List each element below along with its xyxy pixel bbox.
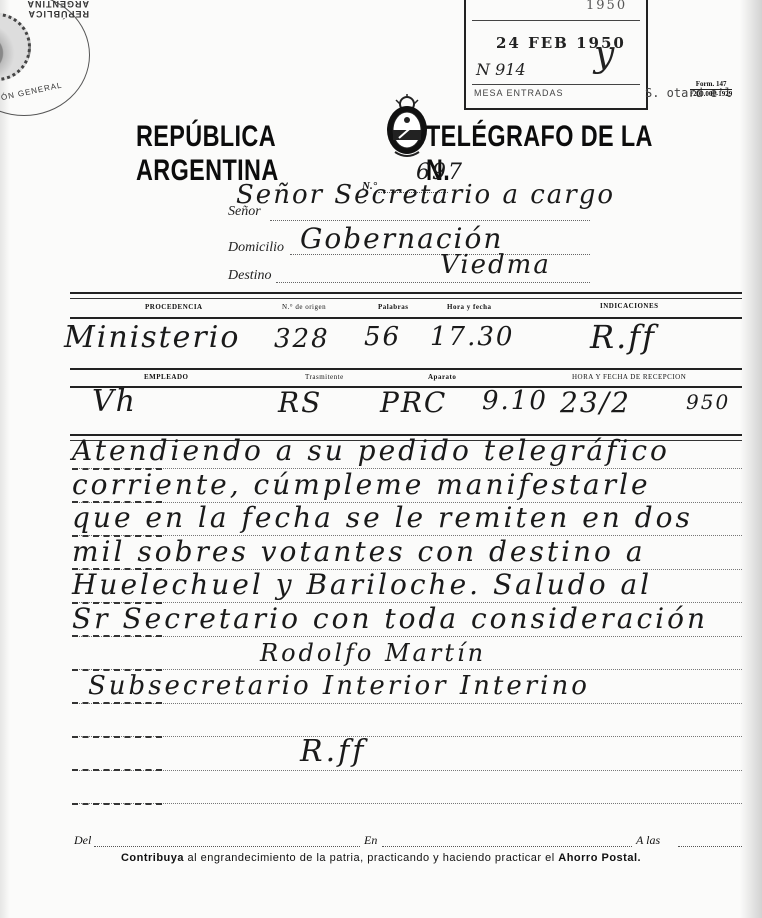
- footer-note-part-1: al engrandecimiento: [184, 852, 300, 864]
- col-aparato: Aparato: [428, 373, 456, 381]
- recepcion-anio: 950: [686, 390, 730, 414]
- message-line: Sr Secretario con toda consideración: [72, 602, 708, 635]
- col-hora-fecha: Hora y fecha: [447, 303, 492, 311]
- procedencia-value: Ministerio: [64, 320, 240, 355]
- destino-value: Viedma: [440, 250, 551, 280]
- stamp-number: N 914: [476, 60, 526, 79]
- del-label: Del: [74, 833, 91, 848]
- message-line: Subsecretario Interior Interino: [88, 671, 590, 701]
- footer-note-bold-2: Ahorro Postal.: [558, 852, 641, 864]
- message-rule: [72, 803, 742, 804]
- telegram-form: REPÚBLICA ARGENTINA DIRECCIÓN GENERAL 19…: [0, 0, 762, 918]
- del-line: [94, 846, 360, 847]
- message-rule-lead: [72, 736, 162, 738]
- national-coat-of-arms-icon: [383, 94, 431, 160]
- stamp-initial: y: [594, 34, 614, 75]
- aparato-value: PRC: [380, 386, 447, 419]
- message-line: Atendiendo a su pedido telegráfico: [72, 434, 670, 467]
- indicaciones-value: R.ff: [590, 318, 656, 356]
- message-rule-lead: [72, 769, 162, 771]
- message-rule: [72, 736, 742, 737]
- stamp-bottom-text: MESA ENTRADAS: [474, 88, 564, 98]
- form-print-run: r200.000-1929: [690, 90, 732, 98]
- origen-value: 328: [274, 324, 330, 354]
- message-rule-lead: [72, 702, 162, 704]
- col-trasmitente: Trasmitente: [305, 373, 344, 381]
- destino-label: Destino: [228, 268, 272, 284]
- en-label: En: [364, 833, 377, 848]
- message-rule-lead: [72, 803, 162, 805]
- official-seal-icon: REPÚBLICA ARGENTINA DIRECCIÓN GENERAL: [0, 0, 90, 116]
- col-empleado: EMPLEADO: [144, 373, 188, 381]
- recepcion-hora: 9.10: [482, 386, 548, 416]
- senor-line: [270, 220, 590, 221]
- seal-text-top: REPÚBLICA ARGENTINA: [0, 0, 89, 19]
- a-las-line: [678, 846, 742, 847]
- seal-text-side: DIRECCIÓN GENERAL: [0, 80, 63, 110]
- footer-note-part-2: de la patria, practicando y haciendo pra…: [300, 852, 559, 864]
- destino-line: [276, 282, 590, 283]
- message-line: corriente, cúmpleme manifestarle: [72, 468, 651, 501]
- empleado-value: Vh: [92, 384, 137, 419]
- palabras-value: 56: [364, 322, 401, 352]
- domicilio-label: Domicilio: [228, 240, 284, 256]
- footer-note: Contribuya al engrandecimiento de la pat…: [0, 852, 762, 864]
- stamp-top-text: 1950: [586, 0, 627, 13]
- title-republica: REPÚBLICA ARGENTINA: [136, 120, 370, 188]
- col-palabras: Palabras: [378, 303, 408, 311]
- trasmitente-value: RS: [278, 386, 322, 419]
- form-code: Form. 147 r200.000-1929: [690, 80, 732, 99]
- col-origen: N.° de origen: [282, 303, 326, 311]
- message-rule-lead: [72, 635, 162, 637]
- en-line: [382, 846, 632, 847]
- col-procedencia: PROCEDENCIA: [145, 303, 203, 311]
- reception-stamp: 1950 24 FEB 1950 N 914 y MESA ENTRADAS: [464, 0, 648, 110]
- message-line: R.ff: [300, 734, 366, 769]
- message-rule: [72, 770, 742, 771]
- scan-shadow-left: [0, 0, 10, 918]
- table-top-rule: [70, 292, 742, 299]
- stamp-divider: [472, 20, 640, 21]
- a-las-label: A las: [636, 833, 660, 848]
- message-rule: [72, 636, 742, 637]
- message-line: que en la fecha se le remiten en dos: [72, 501, 693, 534]
- message-line: Rodolfo Martín: [260, 639, 486, 667]
- scan-shadow-right: [740, 0, 762, 918]
- senor-value: Señor Secretario a cargo: [236, 180, 615, 210]
- col-indicaciones: INDICACIONES: [600, 302, 659, 310]
- recepcion-fecha: 23/2: [560, 386, 631, 419]
- form-number: Form. 147: [690, 80, 732, 90]
- hora-fecha-value: 17.30: [430, 322, 514, 352]
- footer-note-bold-1: Contribuya: [121, 852, 184, 864]
- row2-top-rule: [70, 368, 742, 370]
- message-line: Huelechuel y Bariloche. Saludo al: [72, 568, 652, 601]
- stamp-divider: [472, 84, 640, 85]
- message-line: mil sobres votantes con destino a: [72, 535, 646, 568]
- seal-emblem: [0, 13, 31, 81]
- message-rule: [72, 703, 742, 704]
- col-recepcion: HORA Y FECHA DE RECEPCION: [572, 373, 686, 381]
